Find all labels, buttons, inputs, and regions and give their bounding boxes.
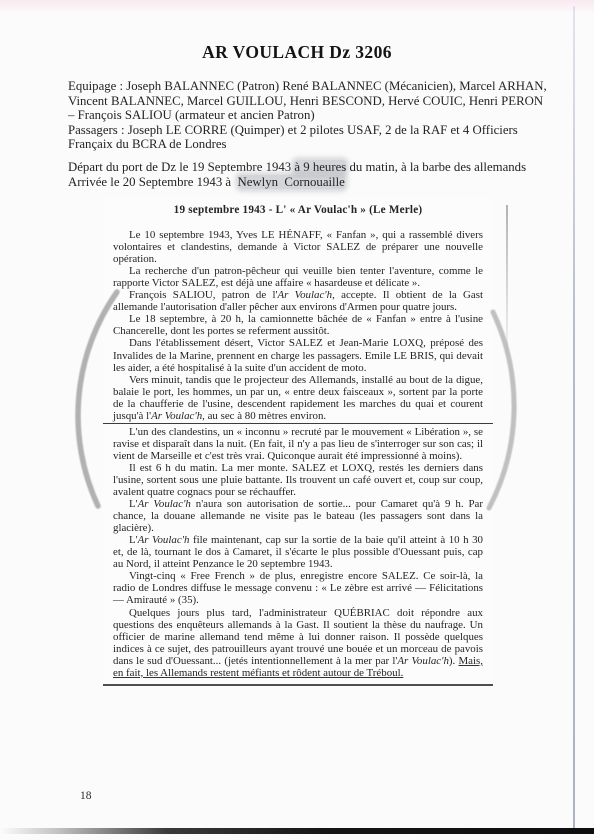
text-line: Passagers : Joseph LE CORRE (Quimper) et… [68, 123, 568, 138]
crew-passengers-block: Equipage : Joseph BALANNEC (Patron) René… [68, 79, 568, 152]
page-edge-line [573, 6, 575, 832]
grey-smudge-mark: Newlyn Cornouaille [238, 175, 345, 189]
text-line: Arrivée le 20 Septembre 1943 à Newlyn Co… [68, 175, 568, 190]
clipping-paragraph: François SALIOU, patron de l'Ar Voulac'h… [113, 289, 483, 313]
clipping-paragraph: L'Ar Voulac'h file maintenant, cap sur l… [113, 534, 483, 570]
scanned-page: { "page": { "number": "18" }, "document"… [0, 0, 594, 840]
scan-edge-bar [0, 828, 594, 834]
clipping-paragraph: Quelques jours plus tard, l'administrate… [113, 607, 483, 679]
text-line: Françaix du BCRA de Londres [68, 137, 568, 152]
clipping-paragraph: Il est 6 h du matin. La mer monte. SALEZ… [113, 462, 483, 498]
clipping-paragraph: L'Ar Voulac'h n'aura son autorisation de… [113, 498, 483, 534]
voyage-dates-block: Départ du port de Dz le 19 Septembre 194… [68, 160, 568, 190]
page-title: AR VOULACH Dz 3206 [0, 42, 594, 63]
text-line: Vincent BALANNEC, Marcel GUILLOU, Henri … [68, 94, 568, 109]
newspaper-clipping: 19 septembre 1943 - L' « Ar Voulac'h » (… [103, 198, 493, 686]
clipping-paragraph: La recherche d'un patron-pêcheur qui veu… [113, 265, 483, 289]
clipping-paragraph: Le 10 septembre 1943, Yves LE HÉNAFF, « … [113, 229, 483, 265]
clipping-paragraph: Dans l'établissement désert, Victor SALE… [113, 337, 483, 373]
grey-smudge-mark: à 9 heures [294, 160, 346, 174]
page-number: 18 [80, 790, 92, 802]
clipping-body: Le 10 septembre 1943, Yves LE HÉNAFF, « … [113, 229, 483, 679]
clipping-paragraph: Vingt-cinq « Free French » de plus, enre… [113, 570, 483, 606]
clipping-header: 19 septembre 1943 - L' « Ar Voulac'h » (… [113, 204, 483, 216]
text-line: Départ du port de Dz le 19 Septembre 194… [68, 160, 568, 175]
clipping-paragraph: Vers minuit, tandis que le projecteur de… [103, 374, 493, 424]
scan-top-tint [0, 0, 594, 14]
text-line: – François SALIOU (armateur et ancien Pa… [68, 108, 568, 123]
clipping-paragraph: Le 18 septembre, à 20 h, la camionnette … [113, 313, 483, 337]
clipping-paragraph: L'un des clandestins, un « inconnu » rec… [113, 426, 483, 462]
clipping-edge-shadow [506, 205, 508, 355]
text-line: Equipage : Joseph BALANNEC (Patron) René… [68, 79, 568, 94]
